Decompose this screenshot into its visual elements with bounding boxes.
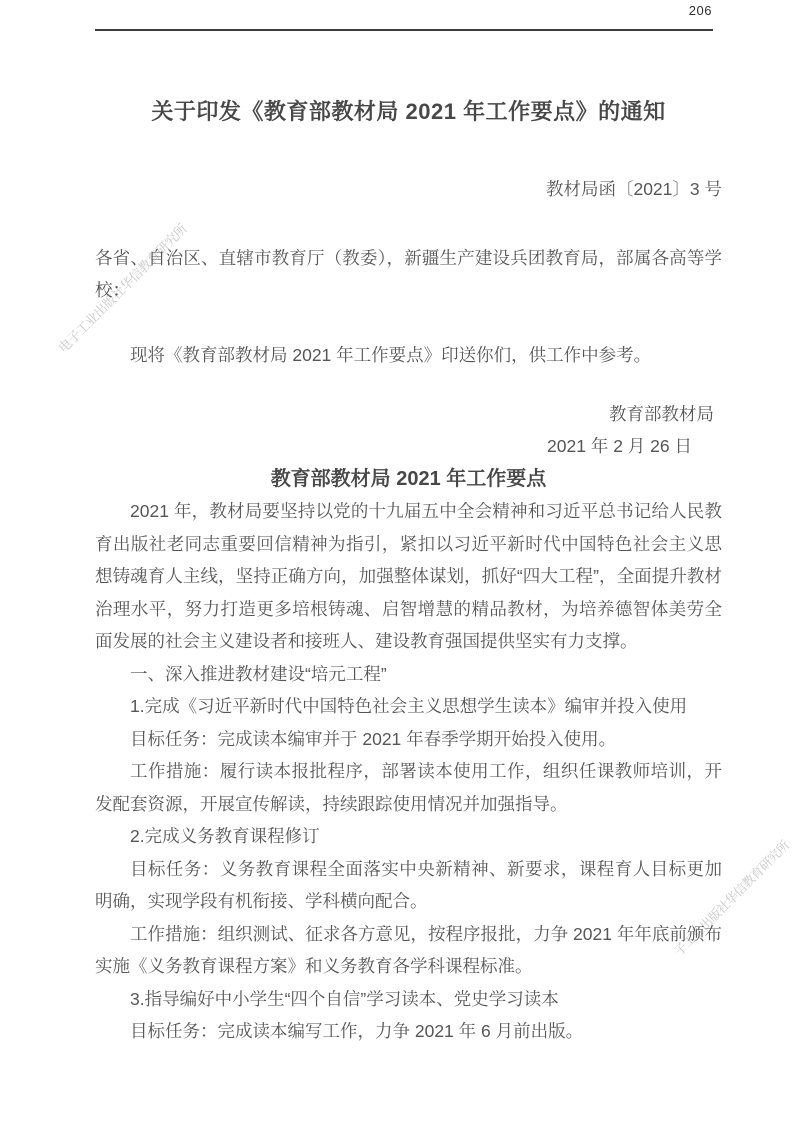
attachment-paragraph: 1.完成《习近平新时代中国特色社会主义思想学生读本》编审并投入使用: [95, 690, 722, 723]
attachment-paragraph: 3.指导编好中小学生“四个自信”学习读本、党史学习读本: [95, 983, 722, 1016]
notice-body-text: 现将《教育部教材局 2021 年工作要点》印送你们，供工作中参考。: [95, 339, 722, 372]
attachment-paragraph: 2021 年，教材局要坚持以党的十九届五中全会精神和习近平总书记给人民教育出版社…: [95, 495, 722, 658]
signoff-organization: 教育部教材局: [95, 398, 722, 431]
attachment-paragraph: 2.完成义务教育课程修订: [95, 820, 722, 853]
salutation: 各省、自治区、直辖市教育厅（教委），新疆生产建设兵团教育局，部属各高等学校：: [95, 242, 722, 307]
attachment-paragraphs: 2021 年，教材局要坚持以党的十九届五中全会精神和习近平总书记给人民教育出版社…: [95, 495, 722, 1048]
notice-title: 关于印发《教育部教材局 2021 年工作要点》的通知: [95, 95, 722, 129]
signoff-date: 2021 年 2 月 26 日: [95, 430, 722, 463]
attachment-paragraph: 工作措施：组织测试、征求各方意见，按程序报批，力争 2021 年年底前颁布实施《…: [95, 918, 722, 983]
attachment-paragraph: 目标任务：完成读本编审并于 2021 年春季学期开始投入使用。: [95, 723, 722, 756]
attachment-paragraph: 目标任务：完成读本编写工作，力争 2021 年 6 月前出版。: [95, 1015, 722, 1048]
document-content: 关于印发《教育部教材局 2021 年工作要点》的通知 教材局函〔2021〕3 号…: [95, 0, 722, 1048]
attachment-paragraph: 工作措施：履行读本报批程序，部署读本使用工作，组织任课教师培训，开发配套资源，开…: [95, 755, 722, 820]
attachment-paragraph: 目标任务：义务教育课程全面落实中央新精神、新要求，课程育人目标更加明确，实现学段…: [95, 853, 722, 918]
document-number: 教材局函〔2021〕3 号: [95, 173, 722, 206]
attachment-heading: 教育部教材局 2021 年工作要点: [95, 463, 722, 496]
attachment-paragraph: 一、深入推进教材建设“培元工程”: [95, 658, 722, 691]
document-page: 206 电子工业出版社华信教育研究所 子工业出版社华信教育研究所 关于印发《教育…: [0, 0, 793, 1122]
